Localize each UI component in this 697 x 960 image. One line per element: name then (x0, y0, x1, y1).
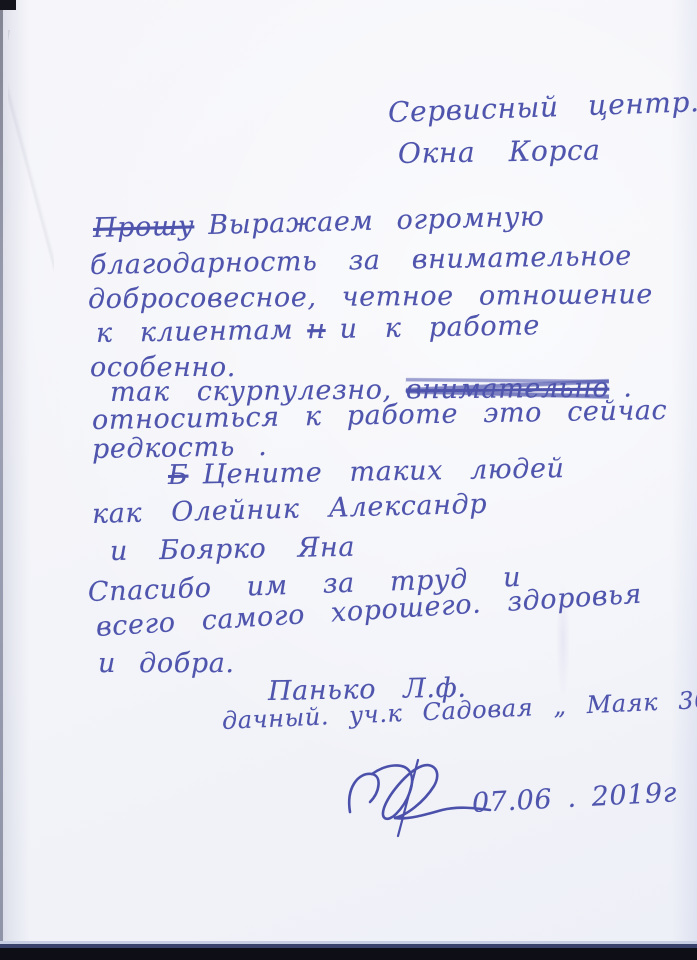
scan-bottom-edge (0, 941, 697, 960)
paper-crease (8, 30, 54, 330)
body-line-1: ПрошуВыражаем огромную (93, 201, 545, 244)
crossed-out-letter-b: Б (168, 460, 189, 491)
body-line-9-text: Цените таких людей (202, 453, 565, 490)
scanned-letter-page: Сервисный центр. Окна Корса ПрошуВыражае… (0, 0, 697, 960)
scan-left-edge (0, 0, 3, 960)
body-line-11: и Боярко Яна (110, 532, 356, 567)
body-line-14: и добра. (98, 648, 235, 679)
body-line-1-text: Выражаем огромную (208, 201, 545, 241)
scan-corner-notch (0, 0, 16, 10)
crossed-out-letter: н (307, 314, 326, 345)
header-company-name: Окна Корса (398, 133, 601, 170)
body-line-4-pre: к клиентам (96, 315, 294, 349)
body-line-2: благодарность за внимательное (90, 241, 632, 281)
body-line-9: БЦените таких людей (168, 453, 565, 491)
body-line-10: как Олейник Александр (92, 489, 488, 530)
body-line-4-post: и к работе (339, 310, 540, 344)
header-service-center: Сервисный центр. (387, 85, 697, 129)
crossed-out-word: Прошу (93, 210, 195, 244)
signoff-date: 07.06 . 2019г (471, 777, 678, 819)
body-line-3: добросовесное, четное отношение (88, 279, 653, 315)
body-line-4: к клиентамни к работе (96, 310, 541, 349)
